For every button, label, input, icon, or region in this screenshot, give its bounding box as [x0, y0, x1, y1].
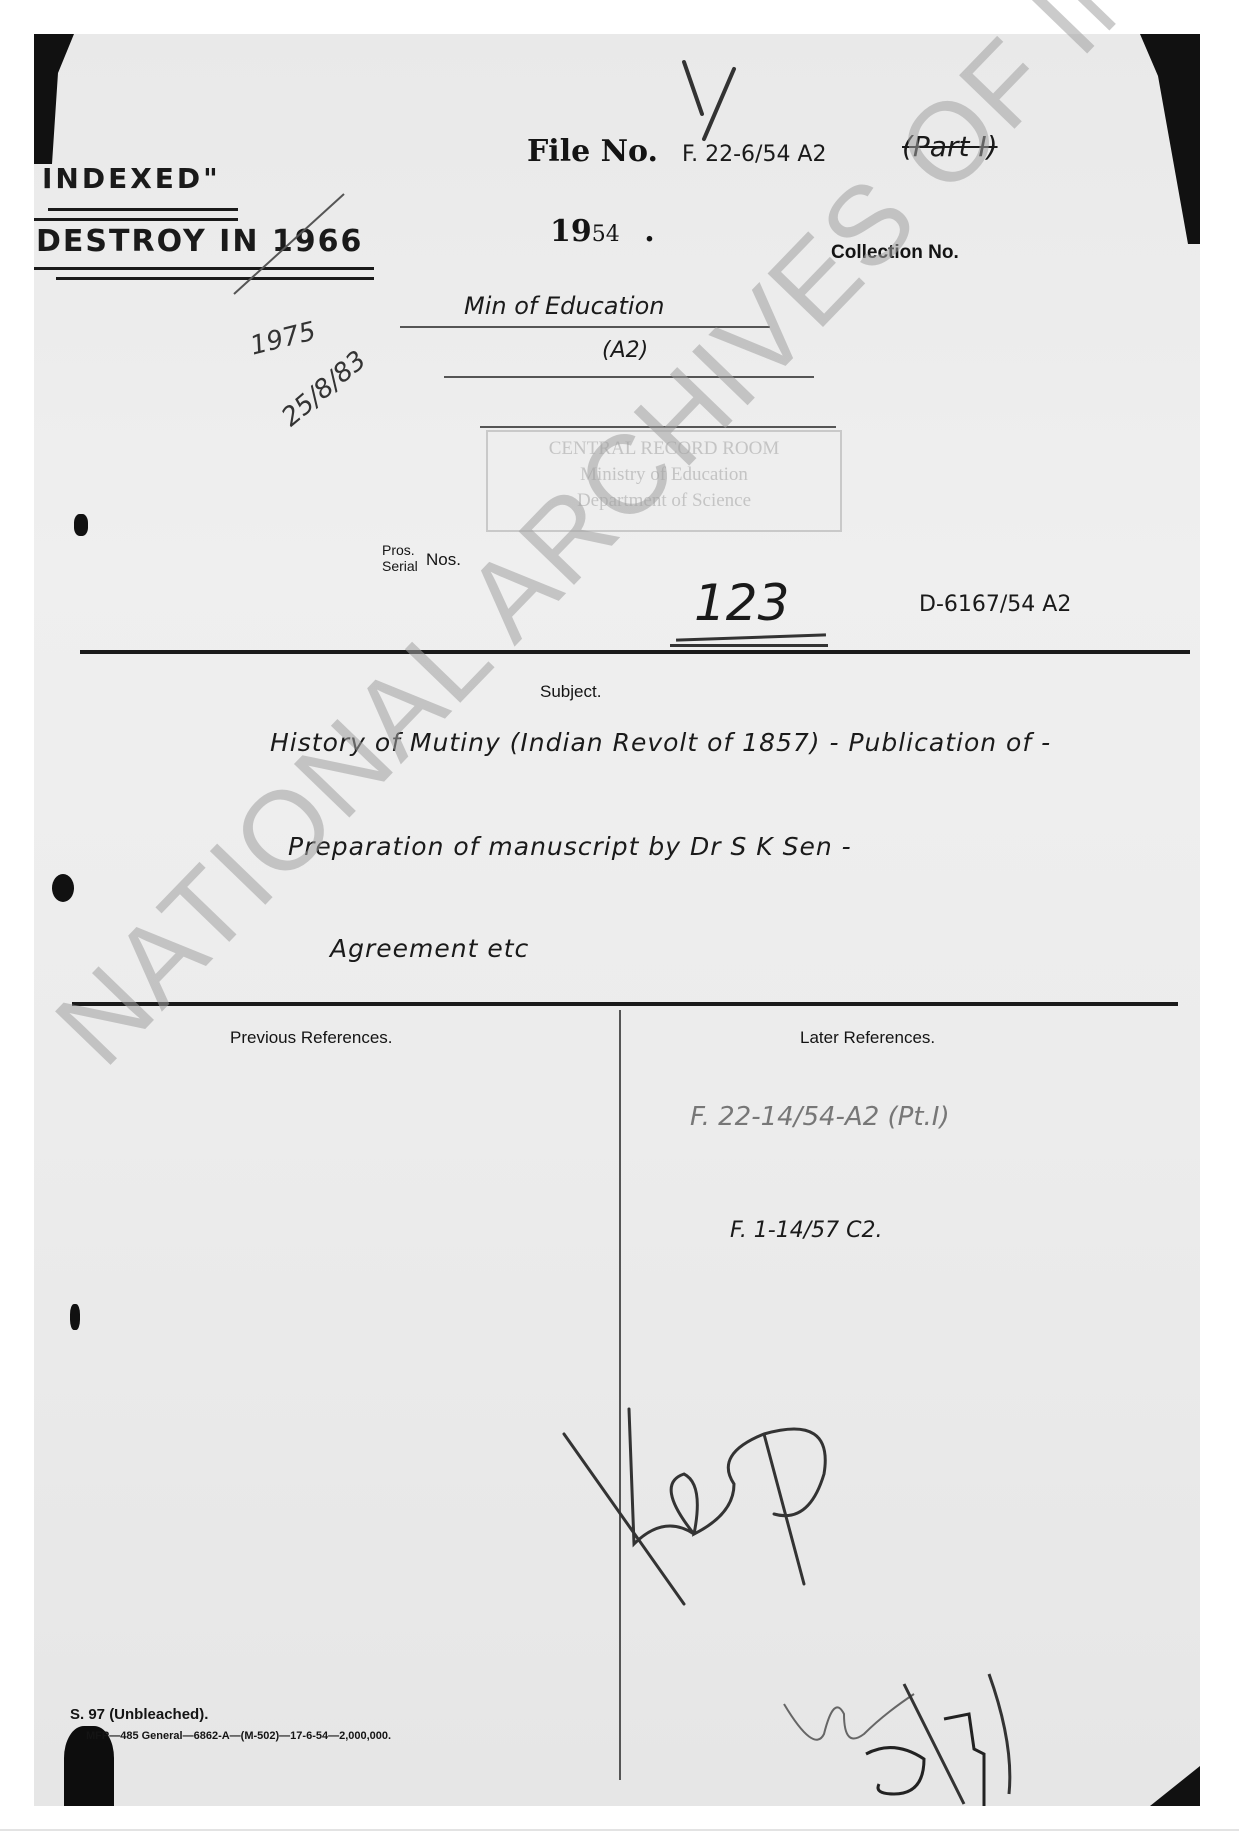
- year-handwritten: 54: [592, 222, 620, 247]
- later-reference-item: F. 1-14/57 C2.: [730, 1218, 883, 1243]
- number-underline: [670, 644, 828, 647]
- ink-blot: [74, 514, 88, 536]
- date-note-date: 25/8/83: [276, 345, 372, 432]
- subject-line-1: History of Mutiny (Indian Revolt of 1857…: [270, 728, 1051, 757]
- ministry-underline: [480, 426, 836, 428]
- year-printed: 19: [550, 214, 592, 249]
- keep-annotation: [534, 1394, 834, 1634]
- pros-serial-label: Pros. Serial: [382, 542, 418, 574]
- scan-corner-shadow: [1140, 34, 1200, 244]
- form-number: S. 97 (Unbleached).: [70, 1706, 208, 1723]
- indexed-annotation: INDEXED": [42, 162, 221, 195]
- serial-label: Serial: [382, 558, 418, 574]
- initials-annotation: [774, 1654, 1034, 1806]
- strike-line: [214, 184, 354, 304]
- ministry-line1: Min of Education: [464, 292, 664, 320]
- subject-label: Subject.: [540, 682, 601, 702]
- ink-blot: [70, 1304, 80, 1330]
- section-divider: [80, 650, 1190, 654]
- scan-corner-shadow: [34, 34, 74, 164]
- section-divider: [72, 1002, 1178, 1006]
- stamp-line: CENTRAL RECORD ROOM: [488, 436, 840, 462]
- year-dot: .: [644, 214, 654, 249]
- collection-no-label: Collection No.: [831, 242, 959, 264]
- ministry-underline: [400, 326, 770, 328]
- divider: [34, 218, 238, 221]
- ink-blot: [52, 874, 74, 902]
- subject-line-2: Preparation of manuscript by Dr S K Sen …: [288, 832, 852, 861]
- scan-corner-shadow: [1150, 1766, 1200, 1806]
- check-mark-icon: [674, 54, 754, 144]
- record-room-stamp: CENTRAL RECORD ROOM Ministry of Educatio…: [486, 430, 842, 532]
- file-part: (Part I): [902, 130, 998, 163]
- later-reference-item: F. 22-14/54-A2 (Pt.I): [690, 1102, 950, 1132]
- scanned-file-cover: INDEXED" DESTROY IN 1966 1975 25/8/83 Fi…: [34, 34, 1200, 1806]
- serial-number: 123: [694, 574, 789, 632]
- pros-label: Pros.: [382, 542, 418, 558]
- stamp-line: Department of Science: [488, 488, 840, 514]
- file-no-label: File No.: [527, 134, 658, 169]
- ministry-underline: [444, 376, 814, 378]
- file-no-value: F. 22-6/54 A2: [682, 142, 826, 167]
- keep-text: Keep: [634, 1504, 636, 1505]
- nos-label: Nos.: [426, 550, 461, 570]
- ministry-line2: (A2): [602, 338, 648, 363]
- later-references-label: Later References.: [800, 1028, 935, 1048]
- previous-references-label: Previous References.: [230, 1028, 393, 1048]
- date-note-year: 1975: [247, 316, 318, 361]
- diary-reference: D-6167/54 A2: [919, 592, 1071, 617]
- divider: [48, 208, 238, 211]
- print-info: MFP—485 General—6862-A—(M-502)—17-6-54—2…: [86, 1730, 391, 1742]
- year-field: 1954 .: [550, 214, 655, 249]
- initials-text: DD/5: [884, 1734, 887, 1735]
- number-underline: [676, 633, 826, 641]
- subject-line-3: Agreement etc: [330, 934, 529, 963]
- stamp-line: Ministry of Education: [488, 462, 840, 488]
